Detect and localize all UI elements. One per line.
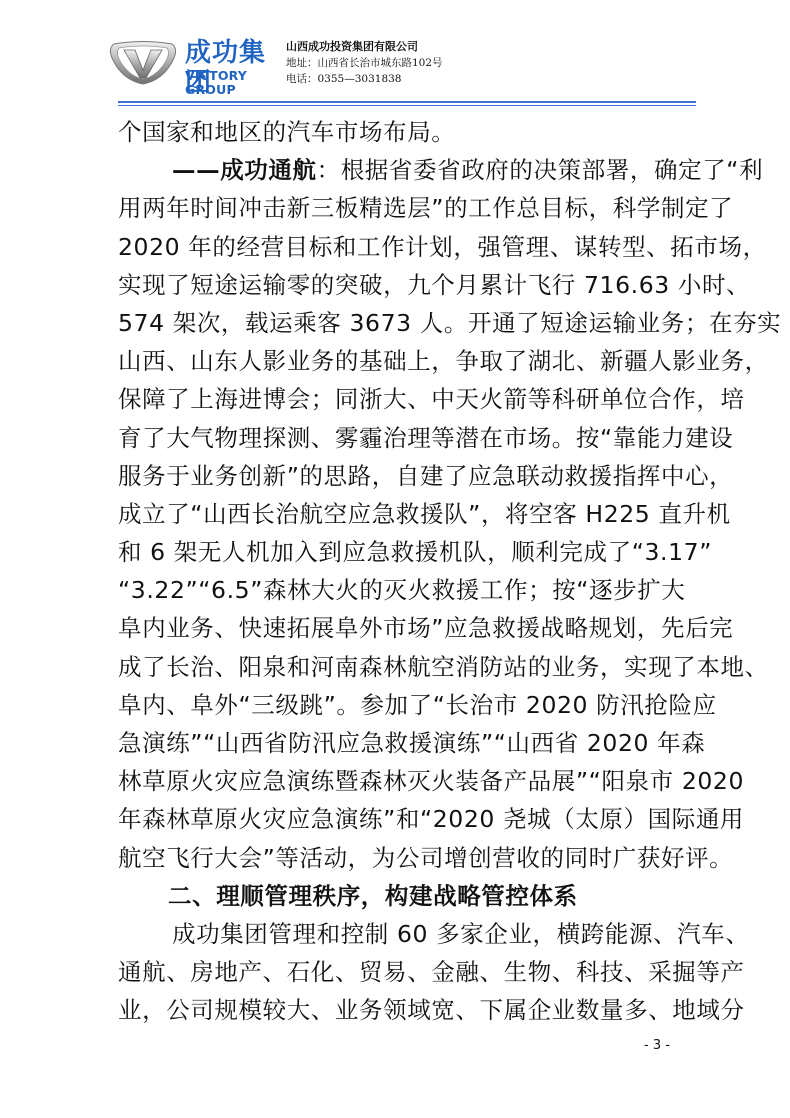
letterhead: 成功集团 VICTORY GROUP 山西成功投资集团有限公司 地址：山西省长治… bbox=[108, 34, 698, 94]
document-page: 成功集团 VICTORY GROUP 山西成功投资集团有限公司 地址：山西省长治… bbox=[0, 0, 790, 1118]
text-line: 成功集团管理和控制 60 多家企业，横跨能源、汽车、 bbox=[118, 915, 690, 953]
section-lead-bold: ——成功通航 bbox=[172, 156, 317, 184]
section-heading: 二、理顺管理秩序，构建战略管控体系 bbox=[118, 877, 690, 915]
text-line: 业，公司规模较大、业务领域宽、下属企业数量多、地域分 bbox=[118, 991, 690, 1029]
company-phone: 电话：0355—3031838 bbox=[286, 71, 443, 87]
text-line: 阜内业务、快速拓展阜外市场”应急救援战略规划，先后完 bbox=[118, 609, 690, 647]
company-logo: 成功集团 VICTORY GROUP bbox=[108, 36, 273, 92]
text-line: ——成功通航：根据省委省政府的决策部署，确定了“利 bbox=[118, 151, 690, 189]
text-line: 年森林草原火灾应急演练”和“2020 尧城（太原）国际通用 bbox=[118, 800, 690, 838]
company-address: 地址：山西省长治市城东路102号 bbox=[286, 55, 443, 71]
text-line: 急演练”“山西省防汛应急救援演练”“山西省 2020 年森 bbox=[118, 724, 690, 762]
text-line: 航空飞行大会”等活动，为公司增创营收的同时广获好评。 bbox=[118, 839, 690, 877]
text-line: 个国家和地区的汽车市场布局。 bbox=[118, 113, 690, 151]
document-body: 个国家和地区的汽车市场布局。 ——成功通航：根据省委省政府的决策部署，确定了“利… bbox=[118, 113, 690, 1030]
company-info: 山西成功投资集团有限公司 地址：山西省长治市城东路102号 电话：0355—30… bbox=[286, 39, 443, 87]
text-line: 2020 年的经营目标和工作计划，强管理、谋转型、拓市场， bbox=[118, 228, 690, 266]
page-number: - 3 - bbox=[644, 1038, 670, 1053]
text-line: 育了大气物理探测、雾霾治理等潜在市场。按“靠能力建设 bbox=[118, 419, 690, 457]
text-line: 574 架次，载运乘客 3673 人。开通了短途运输业务；在夯实 bbox=[118, 304, 690, 342]
text-line: 成立了“山西长治航空应急救援队”，将空客 H225 直升机 bbox=[118, 495, 690, 533]
text-line: 服务于业务创新”的思路，自建了应急联动救援指挥中心， bbox=[118, 457, 690, 495]
text-line: 保障了上海进博会；同浙大、中天火箭等科研单位合作，培 bbox=[118, 380, 690, 418]
text-line: 山西、山东人影业务的基础上，争取了湖北、新疆人影业务， bbox=[118, 342, 690, 380]
text-line: 林草原火灾应急演练暨森林灭火装备产品展”“阳泉市 2020 bbox=[118, 762, 690, 800]
text-line: 实现了短途运输零的突破，九个月累计飞行 716.63 小时、 bbox=[118, 266, 690, 304]
company-name: 山西成功投资集团有限公司 bbox=[286, 39, 443, 55]
text-line: 通航、房地产、石化、贸易、金融、生物、科技、采掘等产 bbox=[118, 953, 690, 991]
victory-v-emblem-icon bbox=[108, 40, 178, 86]
logo-english-name: VICTORY GROUP bbox=[185, 69, 273, 97]
text-line: 和 6 架无人机加入到应急救援机队，顺利完成了“3.17” bbox=[118, 533, 690, 571]
text-line: “3.22”“6.5”森林大火的灭火救援工作；按“逐步扩大 bbox=[118, 571, 690, 609]
text-line: 成了长治、阳泉和河南森林航空消防站的业务，实现了本地、 bbox=[118, 648, 690, 686]
text-line: 用两年时间冲击新三板精选层”的工作总目标，科学制定了 bbox=[118, 189, 690, 227]
text-line: 阜内、阜外“三级跳”。参加了“长治市 2020 防汛抢险应 bbox=[118, 686, 690, 724]
header-divider-thick bbox=[118, 101, 696, 103]
text-span: ：根据省委省政府的决策部署，确定了“利 bbox=[317, 156, 764, 184]
header-divider-thin bbox=[118, 105, 696, 106]
